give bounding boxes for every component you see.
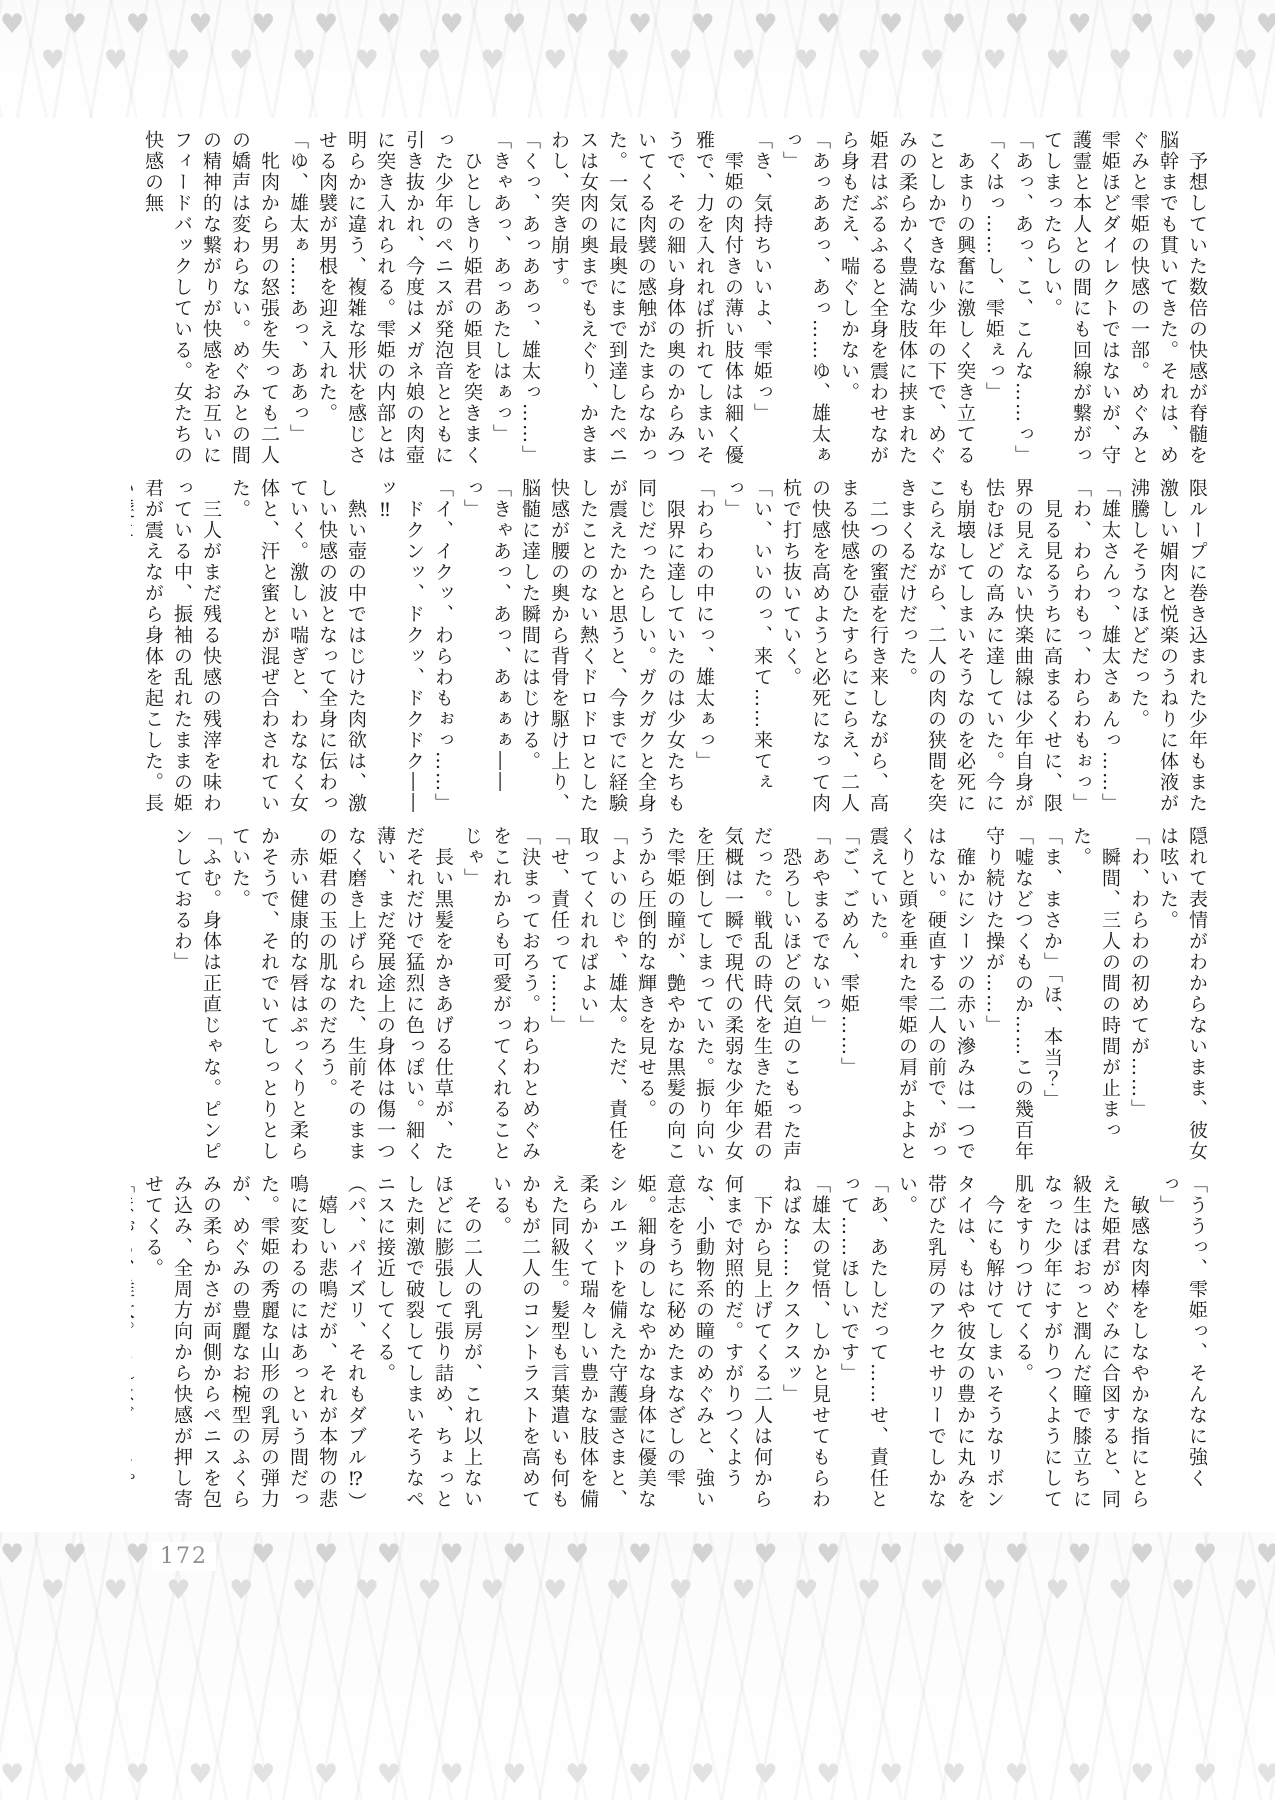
paragraph: ひとしきり姫君の姫貝を突きまくった少年のペニスが発泡音とともに引き抜かれ、今度は… — [312, 130, 486, 467]
text-block-4: 「ううっ、雫姫っ、そんなに強くっ」 敏感な肉棒をしなやかな指にとらえた姫君がめぐ… — [131, 1174, 1211, 1511]
paragraph: 「嘘などつくものか……この幾百年守り続けた操が……」 — [979, 826, 1037, 1163]
paragraph: 「わらわの中にっ、雄太ぁっ」 — [689, 478, 718, 815]
paragraph: 限界に達していたのは少女たちも同じだったらしい。ガクガクと全身が震えたかと思うと… — [515, 478, 689, 815]
text-area: 予想していた数倍の快感が脊髄を脳幹までも貫いてきた。それは、めぐみと雫姫の快感の… — [131, 130, 1211, 1522]
paragraph: 「わ、わらわもっ、わらわもぉっ」 — [1066, 478, 1095, 815]
lace-border-bottom — [0, 1532, 1275, 1800]
paragraph: 「ふむ。身体は正直じゃな。ピンピンしておるわ」 — [167, 826, 225, 1163]
page: { "page": { "number": "172", "background… — [0, 0, 1275, 1800]
paragraph: 嬉しい悲鳴だが、それが本物の悲鳴に変わるのにはあっという間だった。雫姫の秀麗な山… — [138, 1174, 341, 1511]
paragraph: 「あ、あたしだって……せ、責任とって……ほしいです」 — [834, 1174, 892, 1511]
paragraph: 三人がまだ残る快感の残滓を味わっている中、振袖の乱れたままの姫君が震えながら身体… — [131, 478, 225, 815]
paragraph: 「くっ、あっああっ、雄太っ……」 — [515, 130, 544, 467]
paragraph: 「雄太さんっ、雄太さぁんっ……」 — [1095, 478, 1124, 815]
paragraph: 牝肉から男の怒張を失っても二人の嬌声は変わらない。めぐみとの間の精神的な繋がりが… — [138, 130, 283, 467]
lace-border-top — [0, 0, 1275, 118]
paragraph: 「イ、イクッ、わらわもぉっ……」 — [428, 478, 457, 815]
paragraph: 「きゃあっ、あっ、あぁぁぁ――っ」 — [457, 478, 515, 815]
text-block-3: 隠れて表情がわからないまま、彼女は呟いた。「わ、わらわの初めてが……」 瞬間、三… — [131, 826, 1211, 1163]
paragraph: 熱い壺の中ではじけた肉欲は、激しい快感の波となって全身に伝わっていく。激しい喘ぎ… — [225, 478, 370, 815]
paragraph: 恐ろしいほどの気迫のこもった声だった。戦乱の時代を生きた姫君の気概は一瞬で現代の… — [631, 826, 805, 1163]
paragraph: 「よいのじゃ、雄太。ただ、責任を取ってくれればよい」 — [573, 826, 631, 1163]
paragraph: 長い黒髪をかきあげる仕草が、ただそれだけで猛烈に色っぽい。細く薄い、まだ発展途上… — [312, 826, 457, 1163]
heart-lace-row — [0, 44, 1275, 78]
paragraph: 「ゆ、雄太ぁ……あっ、ああっ」 — [283, 130, 312, 467]
paragraph: 「ま、まさか」「ほ、本当？」 — [1037, 826, 1066, 1163]
paragraph: 今にも解けてしまいそうなリボンタイは、もはや彼女の豊かに丸みを帯びた乳房のアクセ… — [892, 1174, 1008, 1511]
text-block-1: 予想していた数倍の快感が脊髄を脳幹までも貫いてきた。それは、めぐみと雫姫の快感の… — [131, 130, 1211, 467]
heart-lace-row — [0, 8, 1275, 42]
text-block-2: 限ループに巻き込まれた少年もまた激しい媚肉と悦楽のうねりに体液が沸騰しそうなほど… — [131, 478, 1211, 815]
paragraph: 「ううっ、雫姫っ、そんなに強くっ」 — [1153, 1174, 1211, 1511]
heart-lace-row — [0, 1574, 1275, 1608]
page-number: 172 — [152, 1542, 216, 1571]
paragraph: 二つの蜜壺を行き来しながら、高まる快感をひたすらにこらえ、二人の快感を高めようと… — [776, 478, 892, 815]
paragraph: 確かにシーツの赤い滲みは一つではない。硬直する二人の前で、がっくりと頭を垂れた雫… — [863, 826, 979, 1163]
paragraph: 「せ、責任って……」 — [544, 826, 573, 1163]
paragraph: 雫姫の肉付きの薄い肢体は細く優雅で、力を入れれば折れてしまいそうで、その細い身体… — [544, 130, 747, 467]
paragraph: 「あやまるでないっ」 — [805, 826, 834, 1163]
paragraph: 敏感な肉棒をしなやかな指にとらえた姫君がめぐみに合図すると、同級生はぼおっと潤ん… — [1008, 1174, 1153, 1511]
paragraph: 「あっああっ、あっ……ゆ、雄太ぁっ」 — [776, 130, 834, 467]
paragraph: 下から見上げてくる二人は何から何まで対照的だ。すがりつくような、小動物系の瞳のめ… — [486, 1174, 776, 1511]
paragraph: 「くはっ……し、雫姫ぇっ」 — [979, 130, 1008, 467]
paragraph: 「ほぉら、雄太。これはどうじゃ」 — [131, 1174, 138, 1511]
paragraph: 限ループに巻き込まれた少年もまた激しい媚肉と悦楽のうねりに体液が沸騰しそうなほど… — [1124, 478, 1211, 815]
paragraph: 「あっ、あっ、こ、こんな……っ」 — [1008, 130, 1037, 467]
heart-lace-row — [0, 1758, 1275, 1792]
paragraph: あまりの興奮に激しく突き立てることしかできない少年の下で、めぐみの柔らかく豊満な… — [834, 130, 979, 467]
paragraph: 「わ、わらわの初めてが……」 — [1124, 826, 1153, 1163]
paragraph: 隠れて表情がわからないまま、彼女は呟いた。 — [1153, 826, 1211, 1163]
paragraph: 「きゃあっ、あっあたしはぁっ」 — [486, 130, 515, 467]
paragraph: 見る見るうちに高まるくせに、限界の見えない快楽曲線は少年自身が怯むほどの高みに達… — [892, 478, 1066, 815]
paragraph: 瞬間、三人の間の時間が止まった。 — [1066, 826, 1124, 1163]
paragraph: その二人の乳房が、これ以上ないほどに膨張して張り詰め、ちょっとした刺激で破裂して… — [370, 1174, 486, 1511]
paragraph: 「雄太の覚悟、しかと見せてもらわねばな……クスクスッ」 — [776, 1174, 834, 1511]
paragraph: ドクンッ、ドクッ、ドクドク――ッ‼ — [370, 478, 428, 815]
paragraph: 赤い健康的な唇はぷっくりと柔らかそうで、それでいてしっとりとしていた。 — [225, 826, 312, 1163]
paragraph: 「き、気持ちいいよ、雫姫っ」 — [747, 130, 776, 467]
paragraph: 「決まっておろう。わらわとめぐみをこれからも可愛がってくれることじゃ」 — [457, 826, 544, 1163]
paragraph: （パ、パイズリ、それもダブル⁉） — [341, 1174, 370, 1511]
paragraph: 「い、いいのっ、来て……来てぇっ」 — [718, 478, 776, 815]
paragraph: 予想していた数倍の快感が脊髄を脳幹までも貫いてきた。それは、めぐみと雫姫の快感の… — [1037, 130, 1211, 467]
paragraph: 「ご、ごめん、雫姫……」 — [834, 826, 863, 1163]
